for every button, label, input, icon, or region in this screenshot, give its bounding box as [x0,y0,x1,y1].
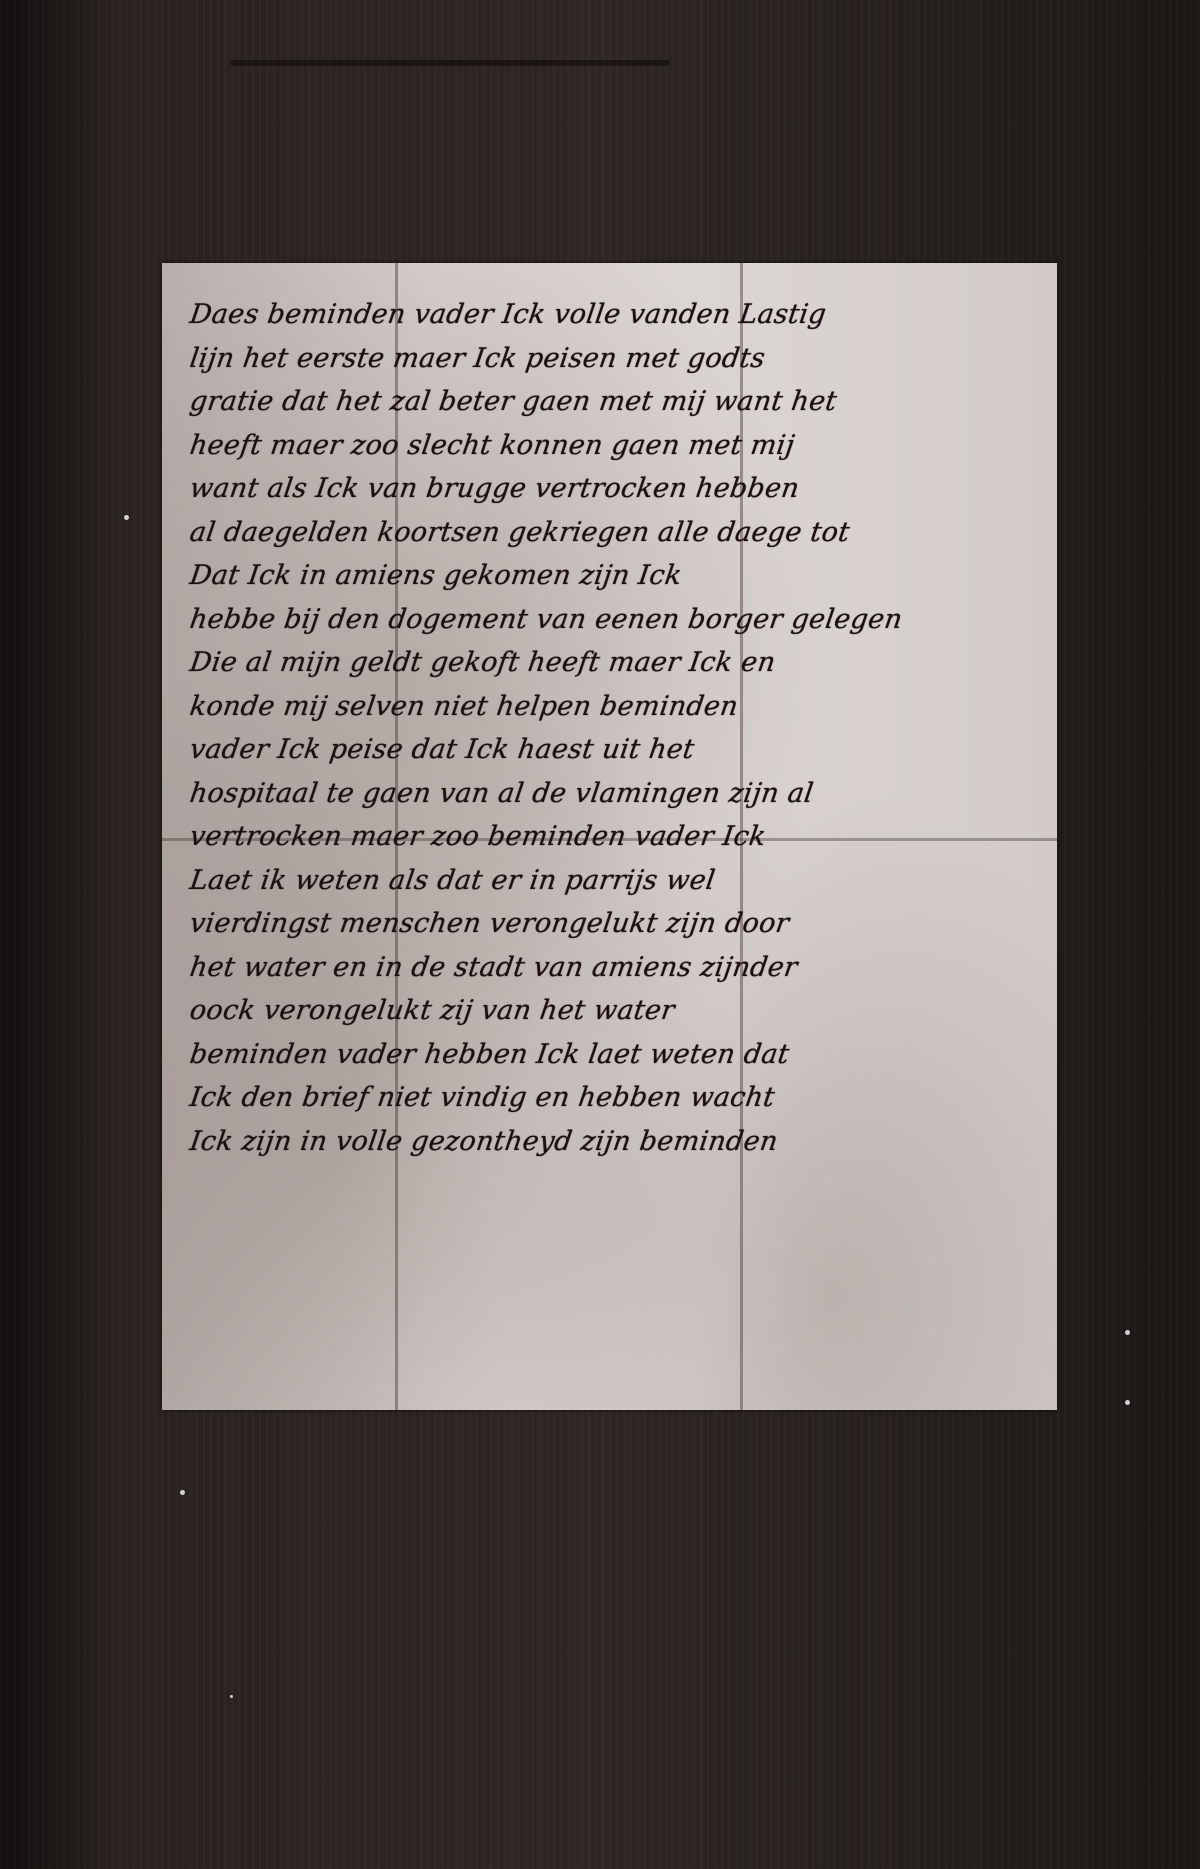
letter-line: want als Ick van brugge vertrocken hebbe… [187,467,1042,511]
dust-speck [1125,1400,1130,1405]
letter-line: het water en in de stadt van amiens zijn… [187,946,1042,990]
dust-speck [1125,1330,1130,1335]
letter-text: Daes beminden vader Ick volle vanden Las… [190,293,1039,1163]
letter-line: konde mij selven niet helpen beminden [187,685,1042,729]
letter-line: vader Ick peise dat Ick haest uit het [187,728,1042,772]
letter-line: gratie dat het zal beter gaen met mij wa… [187,380,1042,424]
letter-line: vierdingst menschen verongelukt zijn doo… [187,902,1042,946]
letter-line: lijn het eerste maer Ick peisen met godt… [187,337,1042,381]
background-mark [230,60,670,66]
letter-paper: Daes beminden vader Ick volle vanden Las… [162,263,1057,1410]
letter-line: Ick zijn in volle gezontheyd zijn bemind… [187,1120,1042,1164]
letter-line: Dat Ick in amiens gekomen zijn Ick [187,554,1042,598]
dust-speck [180,1490,185,1495]
letter-line: hebbe bij den dogement van eenen borger … [187,598,1042,642]
letter-line: beminden vader hebben Ick laet weten dat [187,1033,1042,1077]
letter-line: Daes beminden vader Ick volle vanden Las… [187,293,1042,337]
letter-line: Ick den brief niet vindig en hebben wach… [187,1076,1042,1120]
letter-line: Laet ik weten als dat er in parrijs wel [187,859,1042,903]
letter-line: oock verongelukt zij van het water [187,989,1042,1033]
dust-speck [124,515,129,520]
letter-line: Die al mijn geldt gekoft heeft maer Ick … [187,641,1042,685]
letter-line: heeft maer zoo slecht konnen gaen met mi… [187,424,1042,468]
letter-line: al daegelden koortsen gekriegen alle dae… [187,511,1042,555]
letter-line: hospitaal te gaen van al de vlamingen zi… [187,772,1042,816]
dust-speck [230,1695,233,1698]
letter-line: vertrocken maer zoo beminden vader Ick [187,815,1042,859]
